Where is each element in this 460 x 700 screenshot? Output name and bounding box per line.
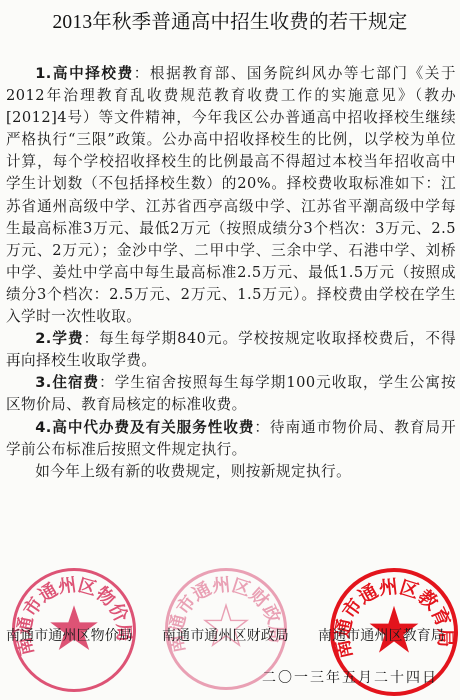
- paragraph-4-heading: 4.高中代办费及有关服务性收费: [35, 419, 254, 436]
- paragraph-1-text: ：根据教育部、国务院纠风办等七部门《关于2012年治理教育乱收费规范教育收费工作…: [6, 65, 456, 325]
- paragraph-2: 2.学费：每生每学期840元。学校按规定收取择校费后，不得再向择校生收取学费。: [6, 328, 456, 372]
- paragraph-5-text: 如今年上级有新的收费规定，则按新规定执行。: [35, 463, 351, 480]
- signatory-price-bureau: 南通市通州区物价局: [6, 625, 133, 645]
- paragraph-4: 4.高中代办费及有关服务性收费：待南通市物价局、教育局开学前公布标准后按照文件规…: [6, 417, 456, 461]
- document-date: 二〇一三年五月二十四日: [262, 667, 438, 687]
- paragraph-3: 3.住宿费：学生宿舍按照每生每学期100元收取，学生公寓按区物价局、教育局核定的…: [6, 372, 456, 416]
- signatory-education-bureau: 南通市通州区教育局: [318, 625, 445, 645]
- paragraph-2-heading: 2.学费: [35, 330, 83, 347]
- paragraph-1: 1.高中择校费：根据教育部、国务院纠风办等七部门《关于2012年治理教育乱收费规…: [6, 63, 456, 328]
- paragraph-1-heading: 1.高中择校费: [35, 65, 134, 82]
- signatory-finance-bureau: 南通市通州区财政局: [162, 625, 289, 645]
- paragraph-3-heading: 3.住宿费: [35, 374, 99, 391]
- document-body: 1.高中择校费：根据教育部、国务院纠风办等七部门《关于2012年治理教育乱收费规…: [6, 63, 456, 483]
- paragraph-5: 如今年上级有新的收费规定，则按新规定执行。: [6, 461, 456, 483]
- document-title: 2013年秋季普通高中招生收费的若干规定: [0, 6, 460, 34]
